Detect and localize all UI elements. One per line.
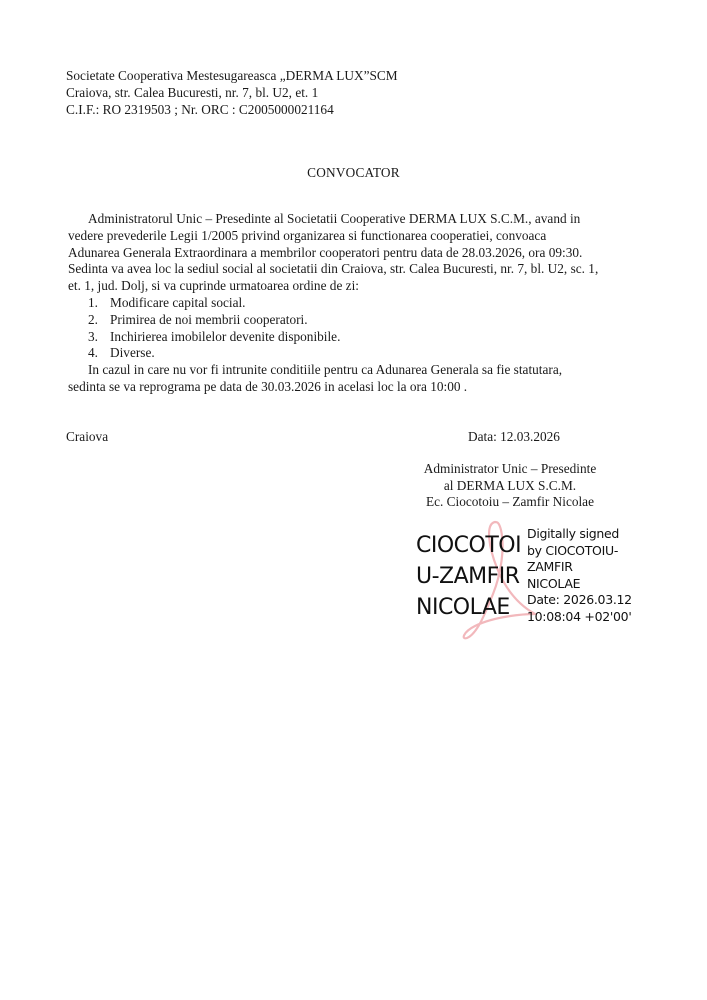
digital-signature-name: CIOCOTOI U-ZAMFIR NICOLAE (416, 530, 521, 623)
signature-meta-line: NICOLAE (527, 576, 632, 593)
signature-meta-line: Date: 2026.03.12 (527, 592, 632, 609)
agenda-number: 1. (88, 295, 110, 312)
agenda-number: 3. (88, 329, 110, 346)
closing-line: In cazul in care nu vor fi intrunite con… (68, 362, 598, 379)
company-header: Societate Cooperativa Mestesugareasca „D… (66, 67, 398, 118)
agenda-text: Modificare capital social. (110, 295, 246, 312)
signer-name: Ec. Ciocotoiu – Zamfir Nicolae (400, 494, 620, 511)
document-body: Administratorul Unic – Presedinte al Soc… (68, 211, 598, 396)
signature-meta-line: by CIOCOTOIU- (527, 543, 632, 560)
document-title: CONVOCATOR (0, 165, 707, 181)
signature-meta-line: Digitally signed (527, 526, 632, 543)
signer-block: Administrator Unic – Presedinte al DERMA… (400, 461, 620, 511)
agenda-text: Inchirierea imobilelor devenite disponib… (110, 329, 340, 346)
agenda-item: 2. Primirea de noi membrii cooperatori. (88, 312, 598, 329)
agenda-item: 1. Modificare capital social. (88, 295, 598, 312)
agenda-text: Diverse. (110, 345, 155, 362)
agenda-list: 1. Modificare capital social. 2. Primire… (68, 295, 598, 362)
place: Craiova (66, 429, 108, 445)
signature-meta-line: 10:08:04 +02'00' (527, 609, 632, 626)
company-name: Societate Cooperativa Mestesugareasca „D… (66, 67, 398, 84)
company-address: Craiova, str. Calea Bucuresti, nr. 7, bl… (66, 84, 398, 101)
signer-company: al DERMA LUX S.C.M. (400, 478, 620, 495)
agenda-number: 2. (88, 312, 110, 329)
body-line: vedere prevederile Legii 1/2005 privind … (68, 228, 598, 245)
signer-role: Administrator Unic – Presedinte (400, 461, 620, 478)
signature-meta-line: ZAMFIR (527, 559, 632, 576)
signature-name-line: NICOLAE (416, 592, 521, 623)
agenda-item: 4. Diverse. (88, 345, 598, 362)
digital-signature-details[interactable]: Digitally signed by CIOCOTOIU- ZAMFIR NI… (527, 526, 632, 625)
signature-name-line: CIOCOTOI (416, 530, 521, 561)
agenda-text: Primirea de noi membrii cooperatori. (110, 312, 308, 329)
closing-line: sedinta se va reprograma pe data de 30.0… (68, 379, 598, 396)
agenda-number: 4. (88, 345, 110, 362)
document-date: Data: 12.03.2026 (468, 429, 560, 445)
body-line: Sedinta va avea loc la sediul social al … (68, 261, 598, 278)
body-line: Adunarea Generala Extraordinara a membri… (68, 245, 598, 262)
agenda-item: 3. Inchirierea imobilelor devenite dispo… (88, 329, 598, 346)
body-line: Administratorul Unic – Presedinte al Soc… (68, 211, 598, 228)
signature-name-line: U-ZAMFIR (416, 561, 521, 592)
company-registration: C.I.F.: RO 2319503 ; Nr. ORC : C20050000… (66, 101, 398, 118)
body-line: et. 1, jud. Dolj, si va cuprinde urmatoa… (68, 278, 598, 295)
